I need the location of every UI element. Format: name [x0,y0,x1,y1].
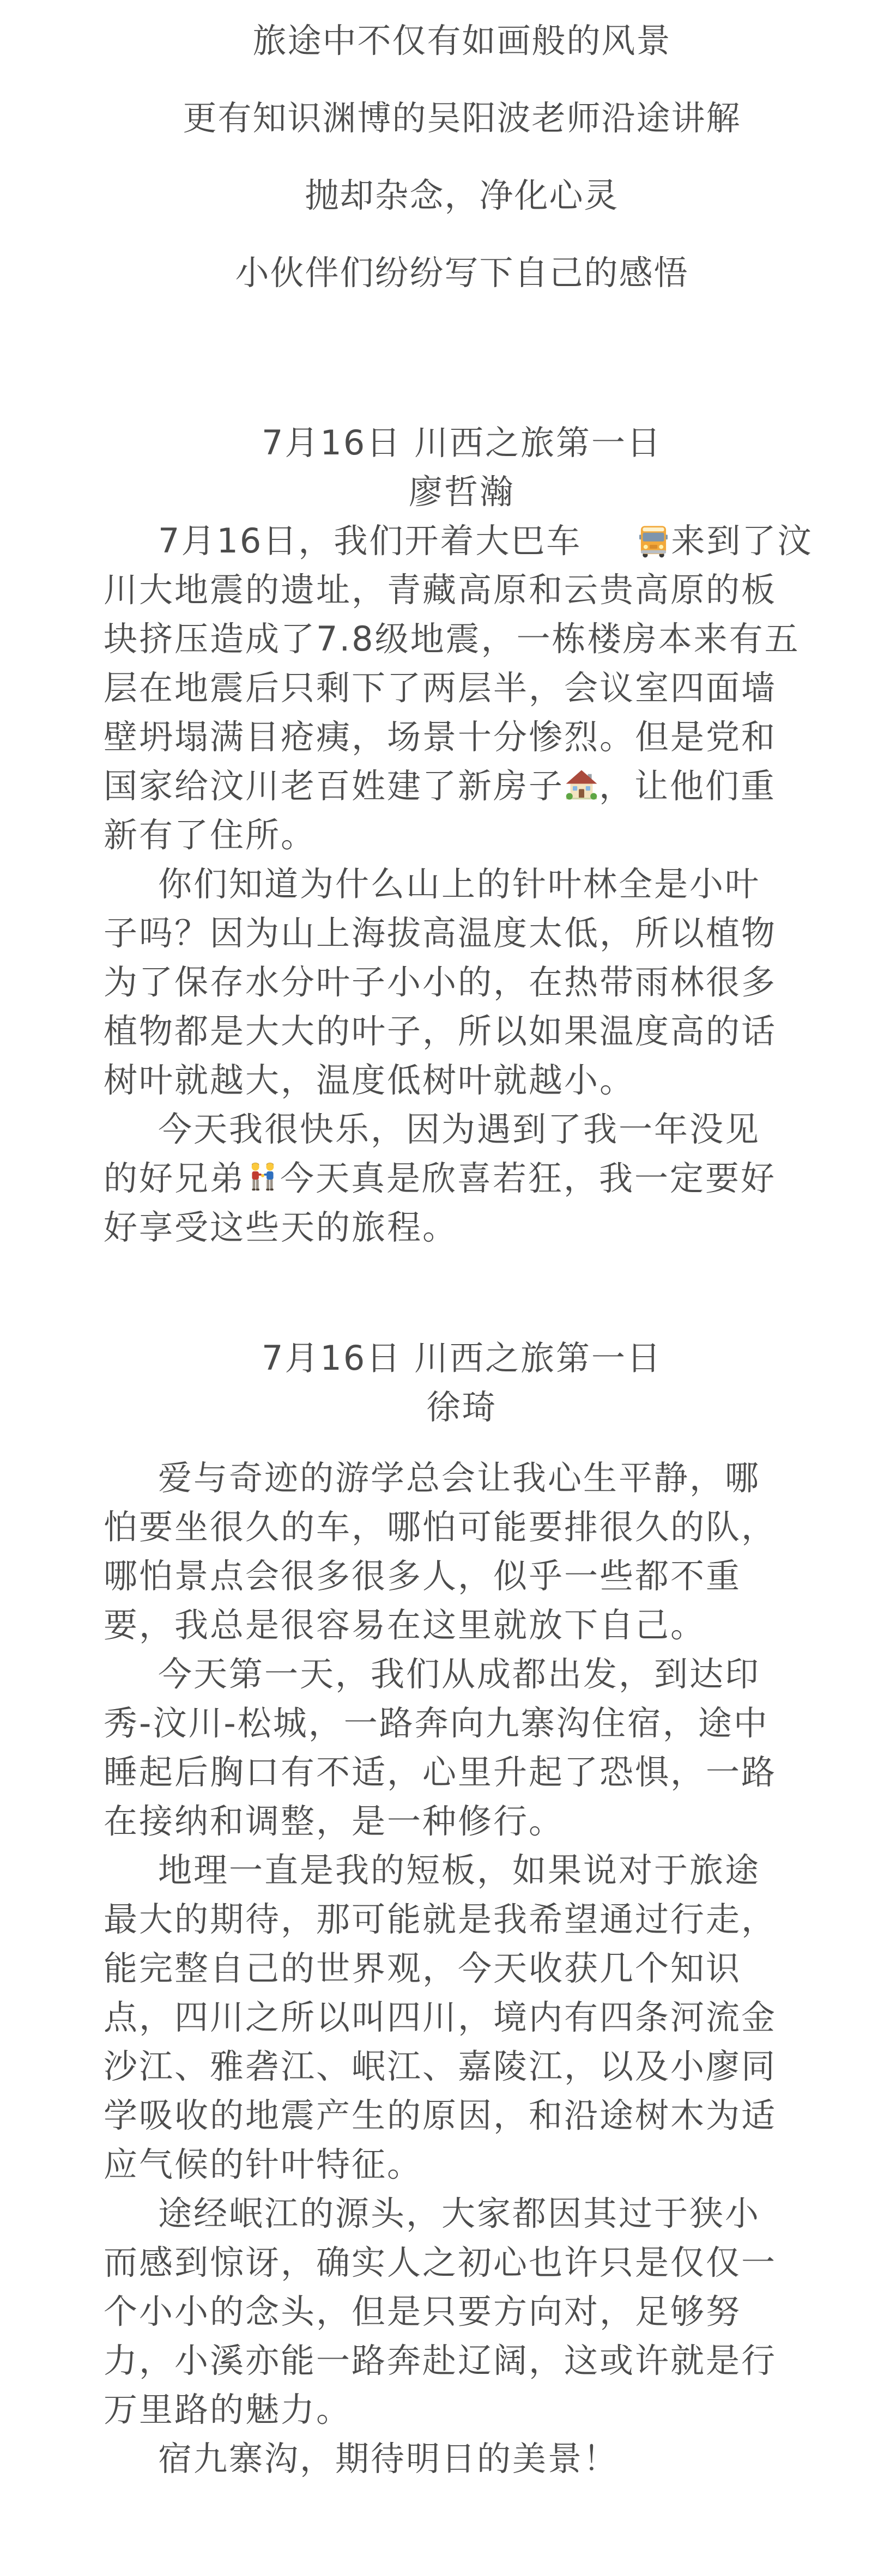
text-run: 怕要坐很久的车，哪怕可能要排很久的队， [104,1507,777,1547]
text-run: 更有知识渊博的吴阳波老师沿途讲解 [183,98,741,138]
text-run: 植物都是大大的叶子，所以如果温度高的话 [104,1011,777,1051]
text-run: 而感到惊讶，确实人之初心也许只是仅仅一 [104,2243,777,2282]
paragraph-line: 宿九寨沟，期待明日的美景！ [104,2434,820,2483]
text-run: 今天真是欣喜若狂，我一定要好 [280,1158,776,1198]
paragraph: 7月16日，我们开着大巴车来到了汶川大地震的遗址，青藏高原和云贵高原的板块挤压造… [104,517,820,860]
paragraph-line: 你们知道为什么山上的针叶林全是小叶 [104,860,820,909]
text-run: 今天第一天，我们从成都出发，到达印 [158,1654,760,1694]
paragraph-line: 在接纳和调整，是一种修行。 [104,1797,820,1846]
text-run: ，让他们重 [599,766,776,806]
article-page: 旅途中不仅有如画般的风景更有知识渊博的吴阳波老师沿途讲解抛却杂念，净化心灵小伙伴… [0,0,872,2576]
paragraph-line: 力，小溪亦能一路奔赴辽阔，这或许就是行 [104,2336,820,2385]
paragraph-line: 而感到惊讶，确实人之初心也许只是仅仅一 [104,2238,820,2287]
paragraph-line: 应气候的针叶特征。 [104,2140,820,2189]
paragraph-line: 今天第一天，我们从成都出发，到达印 [104,1650,820,1699]
paragraph-line: 爱与奇迹的游学总会让我心生平静，哪 [104,1454,820,1503]
article-content: 旅途中不仅有如画般的风景更有知识渊博的吴阳波老师沿途讲解抛却杂念，净化心灵小伙伴… [0,0,872,2483]
text-run: 7月16日 川西之旅第一日 [262,423,662,463]
text-run: 要，我总是很容易在这里就放下自己。 [104,1605,706,1645]
paragraph-line: 学吸收的地震产生的原因，和沿途树木为适 [104,2091,820,2140]
text-run: 点，四川之所以叫四川，境内有四条河流金 [104,1997,777,2037]
section-author: 廖哲瀚 [104,467,820,517]
paragraph-line: 最大的期待，那可能就是我希望通过行走， [104,1895,820,1944]
text-run: 地理一直是我的短板，如果说对于旅途 [158,1850,760,1890]
text-run: 树叶就越大，温度低树叶就越小。 [104,1060,635,1100]
paragraph-line: 的好兄弟今天真是欣喜若狂，我一定要好 [104,1154,820,1203]
text-run: 的好兄弟 [104,1158,245,1198]
paragraph-line: 今天我很快乐，因为遇到了我一年没见 [104,1105,820,1154]
paragraph-line: 睡起后胸口有不适，心里升起了恐惧，一路 [104,1748,820,1797]
text-run: 旅途中不仅有如画般的风景 [252,21,671,60]
paragraph-line: 要，我总是很容易在这里就放下自己。 [104,1601,820,1650]
text-run: 来到了汶 [671,521,813,561]
paragraph: 爱与奇迹的游学总会让我心生平静，哪怕要坐很久的车，哪怕可能要排很久的队，哪怕景点… [104,1454,820,1650]
paragraph-line: 途经岷江的源头，大家都因其过于狭小 [104,2189,820,2238]
text-run: 力，小溪亦能一路奔赴辽阔，这或许就是行 [104,2341,777,2380]
paragraph: 地理一直是我的短板，如果说对于旅途最大的期待，那可能就是我希望通过行走，能完整自… [104,1846,820,2189]
paragraph-line: 块挤压造成了7.8级地震，一栋楼房本来有五 [104,615,820,664]
text-run: 秀-汶川-松城，一路奔向九寨沟住宿，途中 [104,1703,769,1743]
text-run: 7月16日，我们开着大巴车 [158,521,582,561]
journal-section: 7月16日 川西之旅第一日廖哲瀚7月16日，我们开着大巴车来到了汶川大地震的遗址… [104,418,820,1252]
text-run: 小伙伴们纷纷写下自己的感悟 [235,253,688,293]
paragraph: 宿九寨沟，期待明日的美景！ [104,2434,820,2483]
text-run: 川大地震的遗址，青藏高原和云贵高原的板 [104,570,777,610]
paragraph-line: 沙江、雅砻江、岷江、嘉陵江，以及小廖同 [104,2042,820,2091]
paragraph-line: 川大地震的遗址，青藏高原和云贵高原的板 [104,566,820,615]
bus-emoji [582,517,671,566]
text-run: 层在地震后只剩下了两层半，会议室四面墙 [104,668,777,708]
paragraph-line: 层在地震后只剩下了两层半，会议室四面墙 [104,664,820,713]
paragraph-line: 个小小的念头，但是只要方向对，足够努 [104,2287,820,2336]
journal-section: 7月16日 川西之旅第一日徐琦爱与奇迹的游学总会让我心生平静，哪怕要坐很久的车，… [104,1334,820,2483]
text-run: 万里路的魅力。 [104,2390,352,2429]
text-run: 好享受这些天的旅程。 [104,1207,458,1247]
paragraph-line: 为了保存水分叶子小小的，在热带雨林很多 [104,958,820,1007]
text-run: 宿九寨沟，期待明日的美景！ [158,2439,619,2478]
section-author: 徐琦 [104,1383,820,1432]
text-run: 7月16日 川西之旅第一日 [262,1338,662,1378]
text-run: 爱与奇迹的游学总会让我心生平静，哪 [158,1458,760,1498]
text-run: 哪怕景点会很多很多人，似乎一些都不重 [104,1556,741,1596]
text-run: 最大的期待，那可能就是我希望通过行走， [104,1899,777,1939]
house-emoji [564,762,599,811]
paragraph-line: 点，四川之所以叫四川，境内有四条河流金 [104,1993,820,2042]
intro-line: 小伙伴们纷纷写下自己的感悟 [104,248,820,297]
text-run: 应气候的针叶特征。 [104,2144,422,2184]
text-run: 块挤压造成了7.8级地震，一栋楼房本来有五 [104,619,800,659]
text-run: 今天我很快乐，因为遇到了我一年没见 [158,1109,760,1149]
text-run: 国家给汶川老百姓建了新房子 [104,766,564,806]
paragraph: 今天第一天，我们从成都出发，到达印秀-汶川-松城，一路奔向九寨沟住宿，途中睡起后… [104,1650,820,1846]
paragraph-line: 好享受这些天的旅程。 [104,1203,820,1252]
paragraph-line: 哪怕景点会很多很多人，似乎一些都不重 [104,1552,820,1601]
text-run: 你们知道为什么山上的针叶林全是小叶 [158,864,760,904]
text-run: 新有了住所。 [104,815,316,855]
paragraph-line: 万里路的魅力。 [104,2385,820,2434]
text-run: 抛却杂念，净化心灵 [305,175,619,215]
paragraph-line: 树叶就越大，温度低树叶就越小。 [104,1056,820,1105]
men-holding-hands-emoji [245,1154,280,1203]
paragraph-line: 能完整自己的世界观，今天收获几个知识 [104,1944,820,1993]
text-run: 廖哲瀚 [409,472,515,512]
paragraph-line: 壁坍塌满目疮痍，场景十分惨烈。但是党和 [104,713,820,762]
text-run: 徐琦 [426,1387,497,1427]
text-run: 途经岷江的源头，大家都因其过于狭小 [158,2194,760,2233]
intro-line: 旅途中不仅有如画般的风景 [104,16,820,65]
text-run: 子吗？因为山上海拔高温度太低，所以植物 [104,913,777,953]
text-run: 能完整自己的世界观，今天收获几个知识 [104,1948,741,1988]
paragraph: 今天我很快乐，因为遇到了我一年没见的好兄弟今天真是欣喜若狂，我一定要好好享受这些… [104,1105,820,1252]
section-title: 7月16日 川西之旅第一日 [104,1334,820,1383]
intro-line: 更有知识渊博的吴阳波老师沿途讲解 [104,94,820,143]
text-run: 学吸收的地震产生的原因，和沿途树木为适 [104,2095,777,2135]
paragraph-line: 国家给汶川老百姓建了新房子，让他们重 [104,762,820,811]
paragraph-line: 7月16日，我们开着大巴车来到了汶 [104,517,820,566]
paragraph-line: 怕要坐很久的车，哪怕可能要排很久的队， [104,1503,820,1552]
paragraph: 途经岷江的源头，大家都因其过于狭小而感到惊讶，确实人之初心也许只是仅仅一个小小的… [104,2189,820,2434]
text-run: 在接纳和调整，是一种修行。 [104,1801,564,1841]
paragraph-line: 子吗？因为山上海拔高温度太低，所以植物 [104,909,820,958]
text-run: 睡起后胸口有不适，心里升起了恐惧，一路 [104,1752,777,1792]
paragraph-line: 植物都是大大的叶子，所以如果温度高的话 [104,1007,820,1056]
intro-block: 旅途中不仅有如画般的风景更有知识渊博的吴阳波老师沿途讲解抛却杂念，净化心灵小伙伴… [104,16,820,297]
journal-sections: 7月16日 川西之旅第一日廖哲瀚7月16日，我们开着大巴车来到了汶川大地震的遗址… [104,418,820,2483]
paragraph: 你们知道为什么山上的针叶林全是小叶子吗？因为山上海拔高温度太低，所以植物为了保存… [104,860,820,1105]
text-run: 壁坍塌满目疮痍，场景十分惨烈。但是党和 [104,717,777,757]
text-run: 沙江、雅砻江、岷江、嘉陵江，以及小廖同 [104,2046,777,2086]
section-title: 7月16日 川西之旅第一日 [104,418,820,467]
paragraph-line: 新有了住所。 [104,811,820,860]
paragraph-line: 秀-汶川-松城，一路奔向九寨沟住宿，途中 [104,1699,820,1748]
intro-line: 抛却杂念，净化心灵 [104,171,820,220]
text-run: 个小小的念头，但是只要方向对，足够努 [104,2292,741,2331]
text-run: 为了保存水分叶子小小的，在热带雨林很多 [104,962,777,1002]
paragraph-line: 地理一直是我的短板，如果说对于旅途 [104,1846,820,1895]
